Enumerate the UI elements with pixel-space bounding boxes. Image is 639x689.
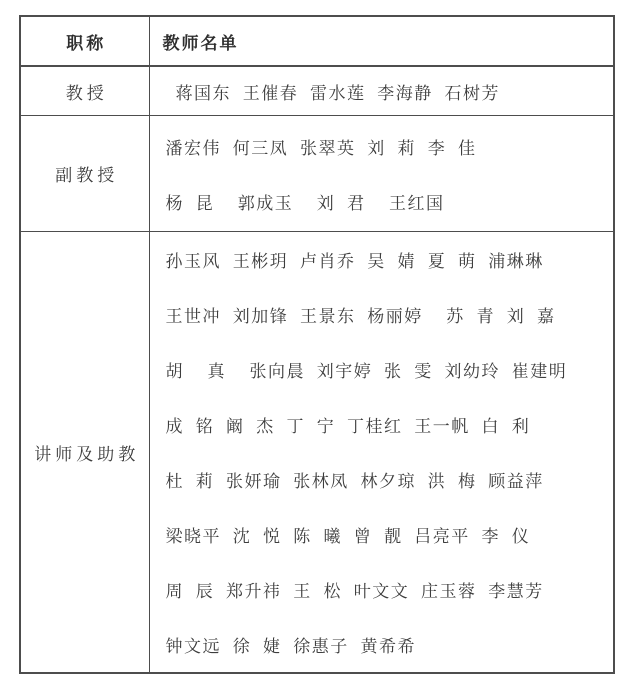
table-row-professor: 教授 蒋国东 王催春 雷水莲 李海静 石树芳 xyxy=(20,66,614,116)
name-line: 胡 真 张向晨 刘宇婷 张 雯 刘幼玲 崔建明 xyxy=(166,342,614,397)
name-line: 王世冲 刘加锋 王景东 杨丽婷 苏 青 刘 嘉 xyxy=(166,287,614,342)
header-row: 职称 教师名单 xyxy=(20,16,614,66)
header-cell-title: 职称 xyxy=(20,16,149,66)
names-cell-associate-professor: 潘宏伟 何三凤 张翠英 刘 莉 李 佳 杨 昆 郭成玉 刘 君 王红国 xyxy=(149,116,614,232)
name-line: 梁晓平 沈 悦 陈 曦 曾 靓 吕亮平 李 仪 xyxy=(166,507,614,562)
name-line: 孙玉风 王彬玥 卢肖乔 吴 婧 夏 萌 浦琳琳 xyxy=(166,232,614,287)
row-title-associate-professor: 副教授 xyxy=(20,116,149,232)
table-row-associate-professor: 副教授 潘宏伟 何三凤 张翠英 刘 莉 李 佳 杨 昆 郭成玉 刘 君 王红国 xyxy=(20,116,614,232)
row-title-professor: 教授 xyxy=(20,66,149,116)
name-line: 成 铭 阚 杰 丁 宁 丁桂红 王一帆 白 利 xyxy=(166,397,614,452)
names-cell-professor: 蒋国东 王催春 雷水莲 李海静 石树芳 xyxy=(149,66,614,116)
table-row-lecturer-assistant: 讲师及助教 孙玉风 王彬玥 卢肖乔 吴 婧 夏 萌 浦琳琳 王世冲 刘加锋 王景… xyxy=(20,232,614,674)
name-line: 钟文远 徐 婕 徐惠子 黄希希 xyxy=(166,617,614,672)
name-line: 蒋国东 王催春 雷水莲 李海静 石树芳 xyxy=(166,67,614,115)
row-title-lecturer-assistant: 讲师及助教 xyxy=(20,232,149,674)
page: 职称 教师名单 教授 蒋国东 王催春 雷水莲 李海静 石树芳 副教授 潘宏伟 何… xyxy=(0,0,639,689)
header-cell-names: 教师名单 xyxy=(149,16,614,66)
name-line: 周 辰 郑升祎 王 松 叶文文 庄玉蓉 李慧芳 xyxy=(166,562,614,617)
name-line: 潘宏伟 何三凤 张翠英 刘 莉 李 佳 xyxy=(166,119,614,174)
names-cell-lecturer-assistant: 孙玉风 王彬玥 卢肖乔 吴 婧 夏 萌 浦琳琳 王世冲 刘加锋 王景东 杨丽婷 … xyxy=(149,232,614,674)
table-header: 职称 教师名单 xyxy=(20,16,614,66)
name-line: 杜 莉 张妍瑜 张林凤 林夕琼 洪 梅 顾益萍 xyxy=(166,452,614,507)
teacher-list-table: 职称 教师名单 教授 蒋国东 王催春 雷水莲 李海静 石树芳 副教授 潘宏伟 何… xyxy=(19,15,615,674)
name-line: 杨 昆 郭成玉 刘 君 王红国 xyxy=(166,174,614,229)
